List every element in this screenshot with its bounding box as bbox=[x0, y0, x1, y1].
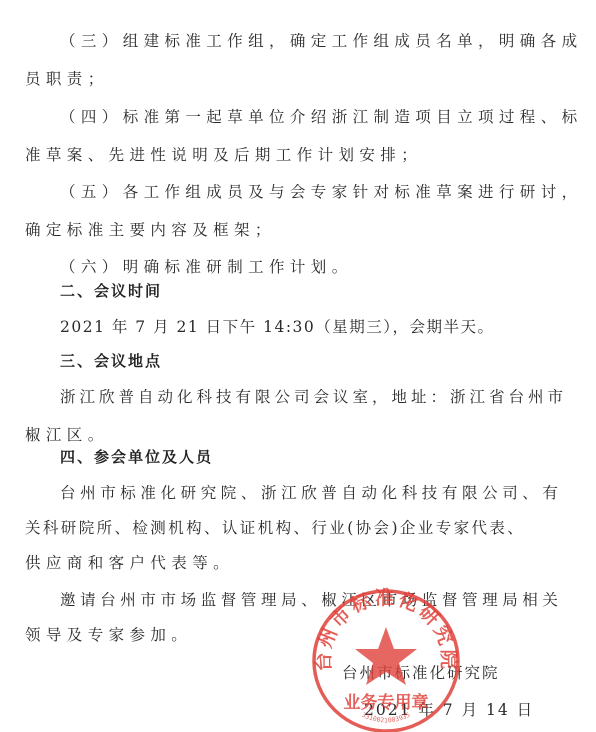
invite-line1: 邀请台州市市场监督管理局、椒江区市场监督管理局相关 bbox=[60, 590, 563, 610]
attendees-line2: 关科研院所、检测机构、认证机构、行业(协会)企业专家代表、 bbox=[25, 518, 525, 538]
section-heading-location: 三、会议地点 bbox=[60, 351, 162, 371]
meeting-time-text: 2021 年 7 月 21 日下午 14:30（星期三），会期半天。 bbox=[60, 317, 495, 337]
signature-organization: 台州市标准化研究院 bbox=[342, 663, 500, 683]
section-heading-time: 二、会议时间 bbox=[60, 281, 162, 301]
item-5-line1: （五）各工作组成员及与会专家针对标准草案进行研讨， bbox=[60, 182, 583, 202]
location-line1: 浙江欣普自动化科技有限公司会议室，地址：浙江省台州市 bbox=[60, 387, 567, 407]
item-6-line1: （六）明确标准研制工作计划。 bbox=[60, 257, 353, 277]
item-4-line2: 准草案、先进性说明及后期工作计划安排； bbox=[25, 145, 422, 165]
attendees-line1: 台州市标准化研究院、浙江欣普自动化科技有限公司、有 bbox=[60, 483, 563, 503]
item-5-line2: 确定标准主要内容及框架； bbox=[25, 220, 276, 240]
section-heading-attendees: 四、参会单位及人员 bbox=[60, 447, 213, 467]
item-4-line1: （四）标准第一起草单位介绍浙江制造项目立项过程、标 bbox=[60, 107, 583, 127]
item-3-line1: （三）组建标准工作组，确定工作组成员名单，明确各成 bbox=[60, 31, 583, 51]
item-3-line2: 员职责； bbox=[25, 69, 109, 89]
invite-line2: 领导及专家参加。 bbox=[25, 625, 192, 645]
attendees-line3: 供应商和客户代表等。 bbox=[25, 553, 234, 573]
signature-date: 2021 年 7 月 14 日 bbox=[364, 700, 534, 720]
location-line2: 椒江区。 bbox=[25, 425, 109, 445]
